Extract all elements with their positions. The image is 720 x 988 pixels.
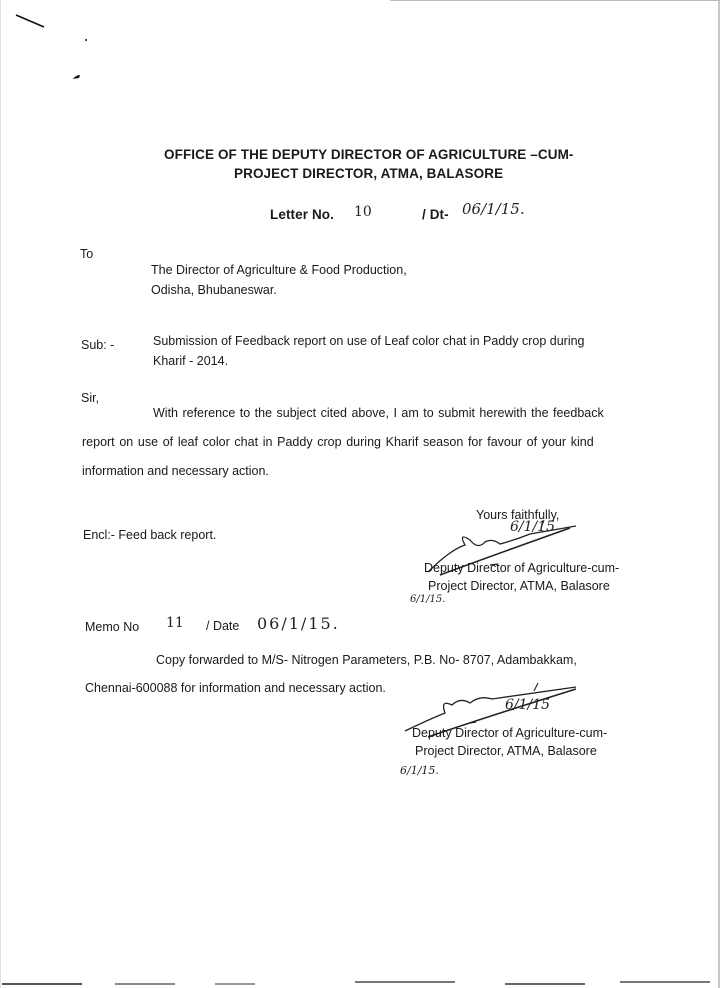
signatory-title-line-1: Deputy Director of Agriculture-cum- [424,561,619,575]
scan-artifact [620,981,710,983]
signatory-title-line-2: Project Director, ATMA, Balasore [428,579,610,593]
letter-date: 06/1/15. [462,200,525,218]
memo-number: 11 [166,615,184,631]
scan-artifact [115,983,175,985]
letter-no-label: Letter No. [270,207,334,222]
letter-date-label: / Dt- [422,207,449,222]
copy-signatory-title-line-1: Deputy Director of Agriculture-cum- [412,726,607,740]
scan-artifact [215,983,255,985]
letter-number: 10 [354,204,372,220]
salutation: Sir, [81,391,99,405]
copy-initials: 6/1/15. [400,764,439,777]
copy-line-2: Chennai-600088 for information and neces… [85,681,386,695]
scan-artifact [2,983,82,985]
signature-date: 6/1/15 [510,519,555,535]
subject-line-1: Submission of Feedback report on use of … [153,334,585,348]
scan-artifact [355,981,455,983]
initials: 6/1/15. [410,594,445,605]
body-line-1: With reference to the subject cited abov… [153,406,604,420]
letterhead-line-1: OFFICE OF THE DEPUTY DIRECTOR OF AGRICUL… [164,147,574,162]
letterhead-line-2: PROJECT DIRECTOR, ATMA, BALASORE [234,166,503,181]
addressee-line-1: The Director of Agriculture & Food Produ… [151,263,407,277]
copy-signatory-title-line-2: Project Director, ATMA, Balasore [415,744,597,758]
body-line-2: report on use of leaf color chat in Padd… [82,435,594,449]
addressee-line-2: Odisha, Bhubaneswar. [151,283,277,297]
copy-signature-date: 6/1/15 [505,697,550,713]
body-line-3: information and necessary action. [82,464,269,478]
subject-line-2: Kharif - 2014. [153,354,228,368]
memo-date-label: / Date [206,619,239,633]
scan-stray-marks [0,0,80,100]
scan-edge-left [0,0,1,988]
subject-label: Sub: - [81,338,114,352]
scan-artifact [505,983,585,985]
copy-line-1: Copy forwarded to M/S- Nitrogen Paramete… [156,653,577,667]
enclosure: Encl:- Feed back report. [83,528,216,542]
memo-date: 06/1/15. [257,614,340,633]
memo-label: Memo No [85,620,139,634]
scan-top-edge [390,0,720,1]
to-label: To [80,247,93,261]
